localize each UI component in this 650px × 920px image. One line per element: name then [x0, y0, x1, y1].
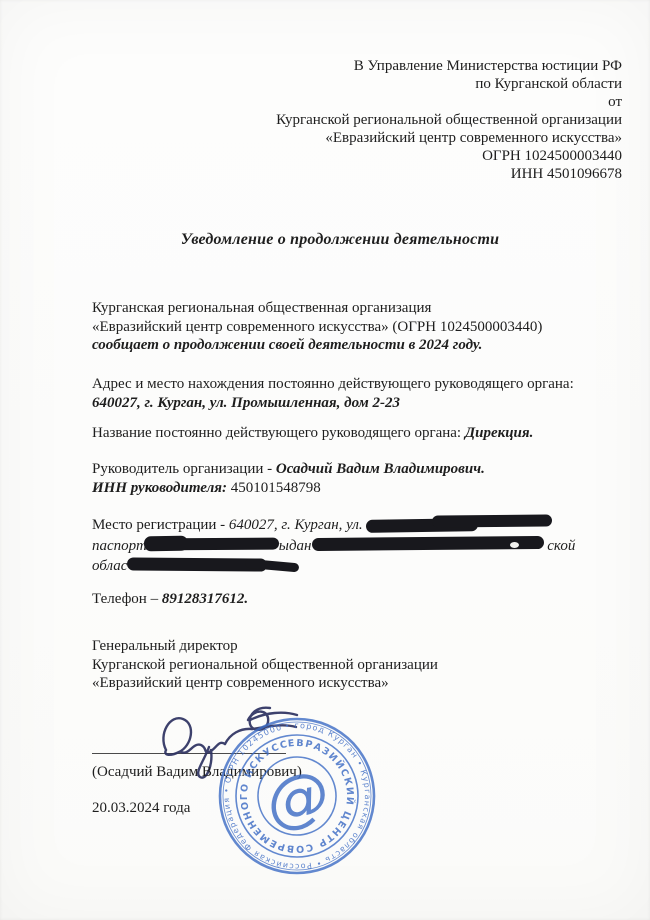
ogrn-line: ОГРН 1024500003440 [60, 147, 622, 165]
closing-org-name: «Евразийский центр современного искусств… [92, 674, 438, 693]
address-value: 640027, г. Курган, ул. Промышленная, дом… [92, 394, 626, 413]
passport-word: паспорт [92, 538, 147, 554]
phone-label: Телефон – [92, 591, 162, 607]
redaction-bar [127, 555, 299, 572]
addressee-line: В Управление Министерства юстиции РФ [60, 57, 622, 75]
sender-line: Курганской региональной общественной орг… [60, 111, 622, 129]
redaction-bar [366, 514, 552, 531]
stamp-center-at-symbol: @ [260, 756, 334, 839]
phone-number: 89128317612. [162, 591, 248, 607]
redaction-bar [312, 535, 544, 552]
continuation-paragraph: Курганская региональная общественная орг… [92, 299, 626, 355]
head-name: Осадчий Вадим Владимирович. [276, 461, 485, 477]
redaction-bar [147, 535, 279, 552]
closing-org-line: Курганской региональной общественной орг… [92, 656, 438, 675]
continuation-statement: сообщает о продолжении своей деятельност… [92, 336, 626, 355]
oblast-fragment: облас [92, 558, 127, 574]
scanned-letter-page: В Управление Министерства юстиции РФ по … [0, 0, 650, 920]
organization-stamp: • город Курган • Курганская область • Ро… [200, 699, 395, 894]
addressee-block: В Управление Министерства юстиции РФ по … [60, 57, 622, 183]
organ-paragraph: Название постоянно действующего руководя… [92, 424, 626, 443]
head-inn-value: 450101548798 [231, 480, 321, 496]
phone-paragraph: Телефон – 89128317612. [92, 590, 626, 609]
registration-paragraph: Место регистрации - 640027, г. Курган, у… [92, 514, 626, 576]
closing-block: Генеральный директор Курганской регионал… [92, 637, 438, 693]
registration-label: Место регистрации - [92, 517, 229, 533]
address-label: Адрес и место нахождения постоянно дейст… [92, 375, 626, 394]
head-label: Руководитель организации - [92, 461, 276, 477]
registration-address-fragment: 640027, г. Курган, ул. [229, 517, 367, 533]
organ-value: Дирекция. [465, 425, 534, 441]
org-ogrn-line: «Евразийский центр современного искусств… [92, 318, 626, 337]
organ-label: Название постоянно действующего руководя… [92, 425, 465, 441]
head-paragraph: Руководитель организации - Осадчий Вадим… [92, 460, 626, 497]
addressee-line: по Курганской области [60, 75, 622, 93]
closing-position: Генеральный директор [92, 637, 438, 656]
passport-mid-fragment: ыдан [279, 538, 312, 554]
document-date: 20.03.2024 года [92, 800, 190, 817]
inn-line: ИНН 4501096678 [60, 165, 622, 183]
org-name-line: Курганская региональная общественная орг… [92, 299, 626, 318]
sender-line: «Евразийский центр современного искусств… [60, 129, 622, 147]
document-title: Уведомление о продолжении деятельности [55, 231, 625, 249]
passport-end-fragment: ской [547, 538, 575, 554]
addressee-line: от [60, 93, 622, 111]
head-inn-label: ИНН руководителя: [92, 480, 231, 496]
address-paragraph: Адрес и место нахождения постоянно дейст… [92, 375, 626, 412]
